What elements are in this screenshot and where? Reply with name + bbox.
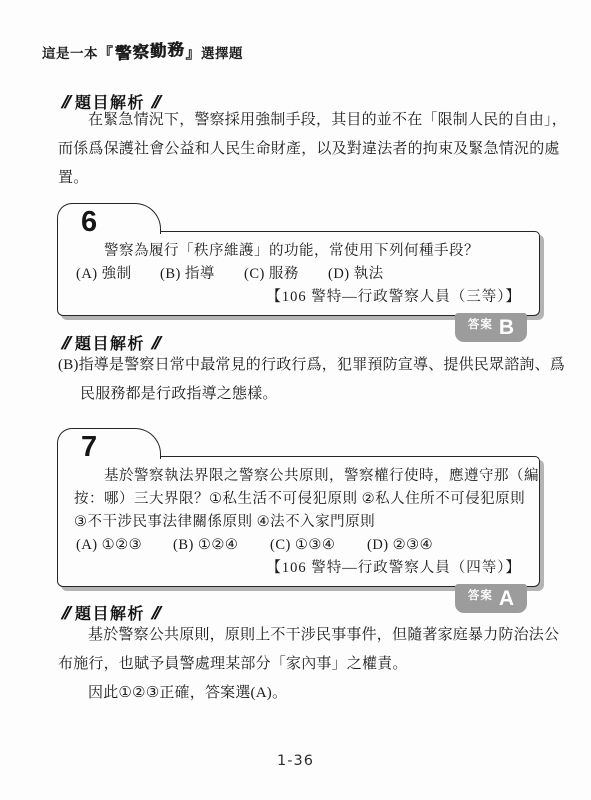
option-c: (C)服務 [244,263,328,286]
analysis-paragraph: 基於警察公共原則，原則上不干涉民事事件，但隨著家庭暴力防治法公 布施行，也賦予員… [58,621,559,708]
analysis-paragraph: 在緊急情況下，警察採用強制手段，其目的並不在「限制人民的自由」， 而係爲保護社會… [58,106,567,193]
paragraph-line: 布施行，也賦予員警處理某部分「家內事」之權責。 [58,650,559,679]
answer-badge: 答案 A [455,584,527,613]
header-prefix: 這是一本 [42,46,98,61]
option-label: (A) [76,266,98,282]
question-box: 警察為履行「秩序維護」的功能，常使用下列何種手段？ (A)強制 (B)指導 (C… [57,231,540,316]
title-open-bracket: 『 [98,45,114,62]
option-text: ①②④ [198,537,239,553]
option-text: 服務 [269,266,299,282]
option-d: (D)執法 [328,263,384,286]
answer-badge: 答案 B [455,313,527,342]
option-b: (B)指導 [160,263,244,286]
paragraph-line: 民服務都是行政指導之態樣。 [58,380,565,409]
question-text-line: ③不干涉民事法律關係原則 ④法不入家門原則 [74,511,523,534]
book-title: 警察勤務 [114,40,185,65]
option-label: (B) [160,266,181,282]
paragraph-line: (B)指導是警察日常中最常見的行政行爲，犯罪預防宣導、提供民眾諮詢、爲 [58,351,565,380]
answer-label: 答案 [468,587,493,603]
question-number: 7 [81,431,97,463]
options-row: (A)強制 (B)指導 (C)服務 (D)執法 [74,263,523,286]
question-text-line: 基於警察執法界限之警察公共原則，警察權行使時，應遵守那（編 [74,465,523,488]
page-header: 這是一本『警察勤務』選擇題 [42,43,243,64]
question-card-6: 6 警察為履行「秩序維護」的功能，常使用下列何種手段？ (A)強制 (B)指導 … [57,203,540,316]
question-number: 6 [81,206,97,238]
option-b: (B)①②④ [173,534,270,557]
paragraph-line: 因此①②③正確，答案選(A)。 [58,679,559,708]
option-label: (B) [173,537,194,553]
option-text: 指導 [185,266,215,282]
question-card-7: 7 基於警察執法界限之警察公共原則，警察權行使時，應遵守那（編 按：哪）三大界限… [57,428,540,587]
exam-source: 【106 警特—行政警察人員（三等）】 [74,286,523,309]
question-number-tab: 7 [57,428,161,459]
option-text: ①③④ [295,537,336,553]
paragraph-line: 置。 [58,164,567,193]
option-text: 執法 [354,266,384,282]
paragraph-line: 基於警察公共原則，原則上不干涉民事事件，但隨著家庭暴力防治法公 [58,621,559,650]
page-number: 1-36 [0,753,591,769]
header-suffix: 選擇題 [201,46,243,61]
option-text: ②③④ [393,537,434,553]
option-text: ①②③ [102,537,143,553]
option-label: (D) [367,537,389,553]
option-text: 強制 [102,266,132,282]
title-close-bracket: 』 [186,45,202,62]
question-box: 基於警察執法界限之警察公共原則，警察權行使時，應遵守那（編 按：哪）三大界限？①… [57,456,540,587]
analysis-paragraph: (B)指導是警察日常中最常見的行政行爲，犯罪預防宣導、提供民眾諮詢、爲 民服務都… [58,351,565,409]
option-d: (D)②③④ [367,534,433,557]
question-number-tab: 6 [57,203,161,234]
paragraph-line: 在緊急情況下，警察採用強制手段，其目的並不在「限制人民的自由」， [58,106,567,135]
answer-letter: A [499,584,514,613]
option-a: (A)①②③ [76,534,173,557]
option-a: (A)強制 [76,263,160,286]
option-c: (C)①③④ [270,534,367,557]
question-text-line: 警察為履行「秩序維護」的功能，常使用下列何種手段？ [74,240,523,263]
book-page: 這是一本『警察勤務』選擇題 //題目解析// 在緊急情況下，警察採用強制手段，其… [0,0,591,800]
option-label: (D) [328,266,350,282]
answer-label: 答案 [468,316,493,332]
option-label: (C) [244,266,265,282]
options-row: (A)①②③ (B)①②④ (C)①③④ (D)②③④ [74,534,523,557]
exam-source: 【106 警特—行政警察人員（四等）】 [74,557,523,580]
paragraph-line: 而係爲保護社會公益和人民生命財產，以及對違法者的拘束及緊急情況的處 [58,135,567,164]
option-label: (C) [270,537,291,553]
option-label: (A) [76,537,98,553]
question-text-line: 按：哪）三大界限？①私生活不可侵犯原則 ②私人住所不可侵犯原則 [74,488,523,511]
answer-letter: B [499,313,514,342]
